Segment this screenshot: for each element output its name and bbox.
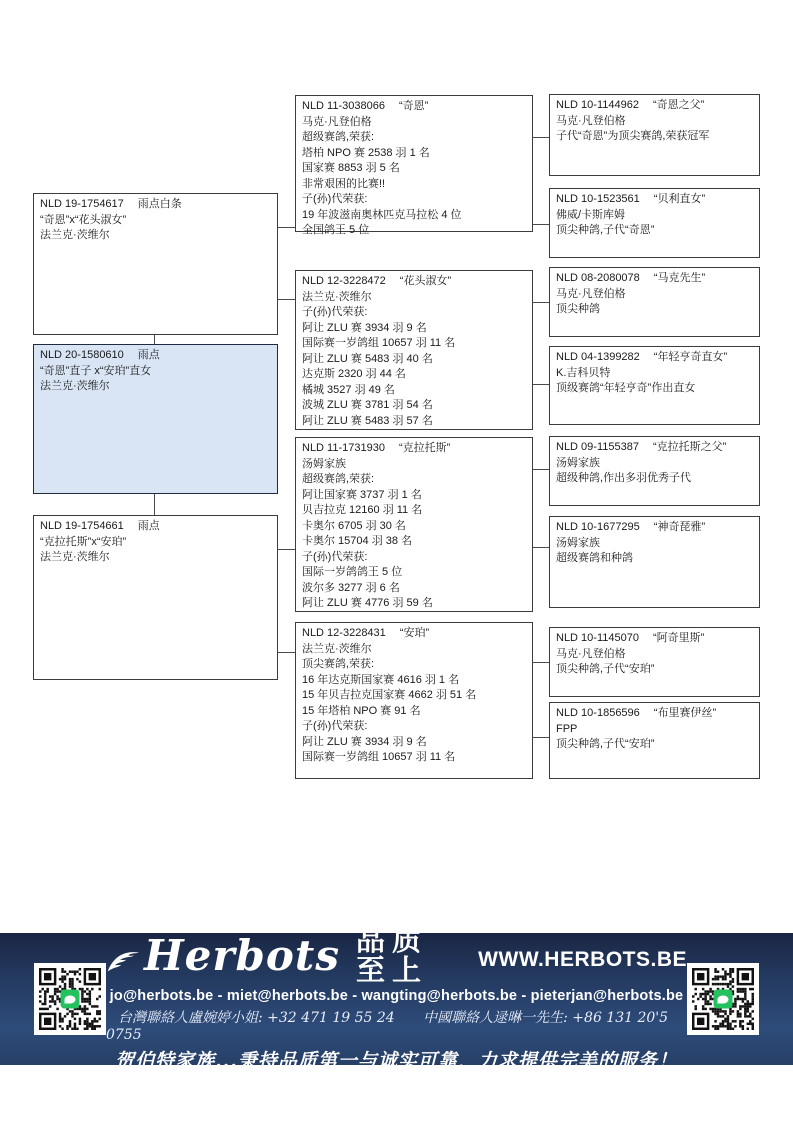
box-title: NLD 09-1155387“克拉托斯之父” [556, 440, 753, 456]
box-line: 子代“奇恩”为顶尖赛鸽,荣获冠军 [556, 129, 753, 145]
box-line: 超级种鸽,作出多羽优秀子代 [556, 471, 753, 487]
box-title: NLD 19-1754661雨点 [40, 519, 271, 535]
box-line: 子(孙)代荣获: [302, 192, 526, 208]
box-line: K.吉科贝特 [556, 366, 753, 382]
box-line: 顶尖赛鸽,荣获: [302, 657, 526, 673]
box-line: 顶尖种鸽,子代“安珀” [556, 662, 753, 678]
connector-line [533, 662, 549, 663]
connector-line [533, 224, 549, 225]
pigeon-name: “贝利直女” [654, 193, 705, 205]
pigeon-name: “克拉托斯之父” [653, 441, 726, 453]
pedigree-box-ggparent-3: NLD 08-2080078“马克先生” 马克·凡登伯格顶尖种鸽 [549, 267, 760, 337]
box-title: NLD 10-1145070“阿奇里斯” [556, 631, 753, 647]
box-line: 15 年贝吉拉克国家赛 4662 羽 51 名 [302, 688, 526, 704]
wechat-icon [714, 990, 733, 1009]
box-line: 全国鸽王 5 位 [302, 223, 526, 239]
box-line: 顶尖种鸽,子代“安珀” [556, 737, 753, 753]
box-title: NLD 19-1754617雨点白条 [40, 197, 271, 213]
connector-line [533, 737, 549, 738]
pedigree-box-ggparent-6: NLD 10-1677295“神奇琵雅” 汤姆家族超级赛鸽和种鸽 [549, 516, 760, 608]
box-line: 子(孙)代荣获: [302, 719, 526, 735]
box-line: 法兰克·茨维尔 [302, 290, 526, 306]
connector-line [278, 299, 295, 300]
box-line: 汤姆家族 [556, 456, 753, 472]
pigeon-name: “奇恩” [399, 100, 428, 112]
pedigree-box-grandsire-1: NLD 11-3038066“奇恩” 马克·凡登伯格超级赛鸽,荣获:塔柏 NPO… [295, 95, 533, 232]
footer-brand-row: Herbots 品质至上 WWW.HERBOTS.BE [106, 926, 687, 986]
box-title: NLD 10-1677295“神奇琵雅” [556, 520, 753, 536]
box-line: 超级赛鸽,荣获: [302, 472, 526, 488]
pedigree-box-ggparent-4: NLD 04-1399282“年轻亨奇直女” K.吉科贝特顶级赛鸽“年轻亨奇”作… [549, 346, 760, 425]
box-line: 卡奥尔 6705 羽 30 名 [302, 519, 526, 535]
footer-tagline: 贺伯特家族...秉持品质第一与诚实可靠，力求提供完美的服务！ [115, 1046, 678, 1073]
box-title: NLD 11-3038066“奇恩” [302, 99, 526, 115]
ring-number: NLD 10-1523561 [556, 193, 640, 205]
box-line: 马克·凡登伯格 [556, 287, 753, 303]
box-title: NLD 12-3228431“安珀” [302, 626, 526, 642]
website-url: WWW.HERBOTS.BE [478, 948, 687, 972]
pigeon-name: “马克先生” [654, 272, 705, 284]
pigeon-name: “奇恩之父” [653, 99, 704, 111]
box-line: 波尔多 3277 羽 6 名 [302, 581, 526, 597]
ring-number: NLD 10-1144962 [556, 99, 639, 111]
email-list: jo@herbots.be - miet@herbots.be - wangti… [110, 988, 684, 1004]
qr-code-right [687, 963, 759, 1035]
box-line: 15 年塔柏 NPO 赛 91 名 [302, 704, 526, 720]
box-line: 国际赛一岁鸽组 10657 羽 11 名 [302, 336, 526, 352]
pedigree-box-sire: NLD 19-1754617雨点白条 “奇恩”x“花头淑女”法兰克·茨维尔 [33, 193, 278, 335]
ring-number: NLD 12-3228472 [302, 275, 386, 287]
box-line: 阿让 ZLU 赛 4776 羽 59 名 [302, 596, 526, 612]
pedigree-chart-page: NLD 19-1754617雨点白条 “奇恩”x“花头淑女”法兰克·茨维尔 NL… [0, 0, 793, 1122]
pedigree-box-ggparent-7: NLD 10-1145070“阿奇里斯” 马克·凡登伯格顶尖种鸽,子代“安珀” [549, 627, 760, 697]
box-title: NLD 12-3228472“花头淑女” [302, 274, 526, 290]
box-line: 达克斯 2320 羽 44 名 [302, 367, 526, 383]
ring-number: NLD 09-1155387 [556, 441, 639, 453]
connector-line [278, 227, 295, 228]
box-line: 19 年波滋南奥林匹克马拉松 4 位 [302, 208, 526, 224]
connector-line [533, 469, 549, 470]
pedigree-box-granddam-1: NLD 12-3228472“花头淑女” 法兰克·茨维尔子(孙)代荣获:阿让 Z… [295, 270, 533, 430]
connector-line [533, 547, 549, 548]
box-line: 法兰克·茨维尔 [40, 379, 271, 395]
box-line: 马克·凡登伯格 [302, 115, 526, 131]
box-line: 橘城 3527 羽 49 名 [302, 383, 526, 399]
connector-line [533, 384, 549, 385]
footer-center: Herbots 品质至上 WWW.HERBOTS.BE jo@herbots.b… [106, 926, 687, 1073]
box-line: 贝吉拉克 12160 羽 11 名 [302, 503, 526, 519]
ring-number: NLD 12-3228431 [302, 627, 386, 639]
box-line: 子(孙)代荣获: [302, 550, 526, 566]
box-line: 塔柏 NPO 赛 2538 羽 1 名 [302, 146, 526, 162]
box-line: 非常艰困的比赛!! [302, 177, 526, 193]
box-line: 卡奥尔 15704 羽 38 名 [302, 534, 526, 550]
pedigree-box-dam: NLD 19-1754661雨点 “克拉托斯”x“安珀”法兰克·茨维尔 [33, 515, 278, 680]
ring-number: NLD 19-1754617 [40, 198, 124, 210]
line-app-icon [61, 990, 80, 1009]
footer: Herbots 品质至上 WWW.HERBOTS.BE jo@herbots.b… [0, 933, 793, 1065]
connector-line [278, 652, 295, 653]
ring-number: NLD 20-1580610 [40, 349, 124, 361]
box-line: 阿让 ZLU 赛 3934 羽 9 名 [302, 735, 526, 751]
box-line: 马克·凡登伯格 [556, 114, 753, 130]
box-line: 国际一岁鸽鸽王 5 位 [302, 565, 526, 581]
pigeon-name: “安珀” [400, 627, 429, 639]
pigeon-name: “神奇琵雅” [654, 521, 705, 533]
pedigree-box-subject: NLD 20-1580610雨点 “奇恩”直子 x“安珀”直女法兰克·茨维尔 [33, 344, 278, 494]
box-title: NLD 10-1523561“贝利直女” [556, 192, 753, 208]
ring-number: NLD 04-1399282 [556, 351, 640, 363]
ring-number: NLD 08-2080078 [556, 272, 640, 284]
box-title: NLD 11-1731930“克拉托斯” [302, 441, 526, 457]
pedigree-box-ggparent-8: NLD 10-1856596“布里赛伊丝” FPP顶尖种鸽,子代“安珀” [549, 702, 760, 779]
connector-line [533, 302, 549, 303]
connector-line [154, 335, 155, 344]
taiwan-contact: 台灣聯絡人盧婉婷小姐: +32 471 19 55 24 [118, 1010, 395, 1026]
box-line: 佛威/卡斯库姆 [556, 208, 753, 224]
box-line: 法兰克·茨维尔 [40, 228, 271, 244]
box-line: 超级赛鸽,荣获: [302, 130, 526, 146]
box-line: “奇恩”x“花头淑女” [40, 213, 271, 229]
box-line: 顶尖种鸽 [556, 302, 753, 318]
box-title: NLD 04-1399282“年轻亨奇直女” [556, 350, 753, 366]
quality-slogan: 品质至上 [356, 926, 462, 986]
pedigree-box-ggparent-2: NLD 10-1523561“贝利直女” 佛威/卡斯库姆顶尖种鸽,子代“奇恩” [549, 188, 760, 258]
box-title: NLD 10-1856596“布里赛伊丝” [556, 706, 753, 722]
pedigree-box-ggparent-5: NLD 09-1155387“克拉托斯之父” 汤姆家族超级种鸽,作出多羽优秀子代 [549, 436, 760, 506]
box-title: NLD 08-2080078“马克先生” [556, 271, 753, 287]
ring-number: NLD 10-1145070 [556, 632, 639, 644]
box-line: 波城 ZLU 赛 3781 羽 54 名 [302, 398, 526, 414]
qr-code-left [34, 963, 106, 1035]
box-line: 子(孙)代荣获: [302, 305, 526, 321]
ring-number: NLD 11-3038066 [302, 100, 385, 112]
box-line: “奇恩”直子 x“安珀”直女 [40, 364, 271, 380]
box-line: 超级赛鸽和种鸽 [556, 551, 753, 567]
box-line: “克拉托斯”x“安珀” [40, 535, 271, 551]
pedigree-box-grandsire-2: NLD 11-1731930“克拉托斯” 汤姆家族超级赛鸽,荣获:阿让国家赛 3… [295, 437, 533, 612]
box-line: 顶级赛鸽“年轻亨奇”作出直女 [556, 381, 753, 397]
pigeon-name: 雨点 [138, 349, 160, 361]
box-line: 阿让 ZLU 赛 5483 羽 40 名 [302, 352, 526, 368]
wing-icon [106, 950, 140, 976]
box-line: 阿让 ZLU 赛 3934 羽 9 名 [302, 321, 526, 337]
box-line: FPP [556, 722, 753, 738]
pedigree-box-ggparent-1: NLD 10-1144962“奇恩之父” 马克·凡登伯格子代“奇恩”为顶尖赛鸽,… [549, 94, 760, 176]
pigeon-name: “布里赛伊丝” [654, 707, 716, 719]
connector-line [533, 137, 549, 138]
box-title: NLD 20-1580610雨点 [40, 348, 271, 364]
box-line: 汤姆家族 [556, 536, 753, 552]
brand-name: Herbots [144, 936, 340, 976]
box-line: 国际赛一岁鸽组 10657 羽 11 名 [302, 750, 526, 766]
connector-line [154, 494, 155, 515]
pigeon-name: “阿奇里斯” [653, 632, 704, 644]
pigeon-name: “花头淑女” [400, 275, 451, 287]
pigeon-name: 雨点白条 [138, 198, 182, 210]
connector-line [278, 549, 295, 550]
ring-number: NLD 10-1677295 [556, 521, 640, 533]
ring-number: NLD 11-1731930 [302, 442, 385, 454]
box-line: 阿让国家赛 3737 羽 1 名 [302, 488, 526, 504]
pedigree-box-granddam-2: NLD 12-3228431“安珀” 法兰克·茨维尔顶尖赛鸽,荣获:16 年达克… [295, 622, 533, 779]
box-line: 法兰克·茨维尔 [40, 550, 271, 566]
box-line: 顶尖种鸽,子代“奇恩” [556, 223, 753, 239]
box-line: 法兰克·茨维尔 [302, 642, 526, 658]
box-title: NLD 10-1144962“奇恩之父” [556, 98, 753, 114]
pigeon-name: 雨点 [138, 520, 160, 532]
box-line: 马克·凡登伯格 [556, 647, 753, 663]
box-line: 16 年达克斯国家赛 4616 羽 1 名 [302, 673, 526, 689]
pigeon-name: “克拉托斯” [399, 442, 450, 454]
contact-phones: 台灣聯絡人盧婉婷小姐: +32 471 19 55 24 中國聯絡人逯晽一先生:… [106, 1007, 687, 1043]
ring-number: NLD 10-1856596 [556, 707, 640, 719]
pigeon-name: “年轻亨奇直女” [654, 351, 727, 363]
box-line: 汤姆家族 [302, 457, 526, 473]
herbots-logo: Herbots [106, 936, 340, 976]
box-line: 国家赛 8853 羽 5 名 [302, 161, 526, 177]
box-line: 阿让 ZLU 赛 5483 羽 57 名 [302, 414, 526, 430]
ring-number: NLD 19-1754661 [40, 520, 124, 532]
